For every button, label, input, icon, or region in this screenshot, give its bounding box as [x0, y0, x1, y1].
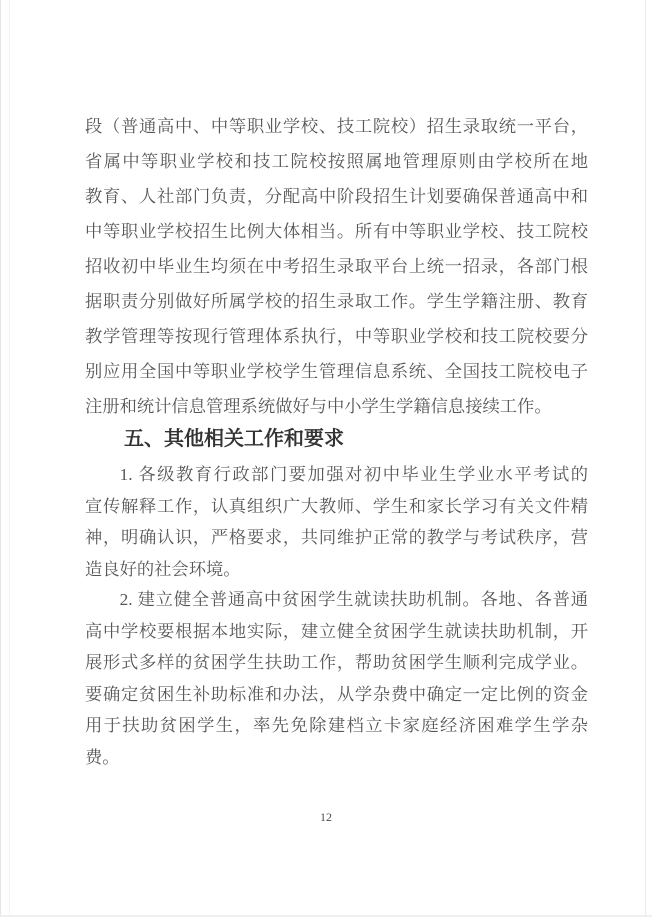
text-line: 用于扶助贫困学生，率先免除建档立卡家庭经济困难学生学杂	[85, 710, 588, 742]
text-line: 教育、人社部门负责，分配高中阶段招生计划要确保普通高中和	[85, 179, 588, 214]
text-line: 要确定贫困生补助标准和办法，从学杂费中确定一定比例的资金	[85, 679, 588, 711]
page-number: 12	[0, 810, 652, 825]
text-line: 高中学校要根据本地实际，建立健全贫困学生就读扶助机制，开	[85, 616, 588, 648]
page-edge-line-right	[645, 0, 646, 917]
text-line: 段（普通高中、中等职业学校、技工院校）招生录取统一平台，	[85, 109, 588, 144]
list-item-1: 1. 各级教育行政部门要加强对初中毕业生学业水平考试的 宣传解释工作，认真组织广…	[85, 459, 588, 585]
text-line: 别应用全国中等职业学校学生管理信息系统、全国技工院校电子	[85, 354, 588, 389]
list-item-2: 2. 建立健全普通高中贫困学生就读扶助机制。各地、各普通 高中学校要根据本地实际…	[85, 584, 588, 773]
document-page: 段（普通高中、中等职业学校、技工院校）招生录取统一平台， 省属中等职业学校和技工…	[0, 0, 652, 917]
text-line: 招收初中毕业生均须在中考招生录取平台上统一招录，各部门根	[85, 249, 588, 284]
text-line: 神，明确认识，严格要求，共同维护正常的教学与考试秩序，营	[85, 522, 588, 554]
text-line: 省属中等职业学校和技工院校按照属地管理原则由学校所在地	[85, 144, 588, 179]
text-line: 教学管理等按现行管理体系执行，中等职业学校和技工院校要分	[85, 319, 588, 354]
text-line: 展形式多样的贫困学生扶助工作，帮助贫困学生顺利完成学业。	[85, 647, 588, 679]
page-edge-line-left-inner	[9, 0, 10, 917]
text-line: 中等职业学校招生比例大体相当。所有中等职业学校、技工院校	[85, 214, 588, 249]
paragraph-continuation: 段（普通高中、中等职业学校、技工院校）招生录取统一平台， 省属中等职业学校和技工…	[85, 109, 588, 424]
text-line: 注册和统计信息管理系统做好与中小学生学籍信息接续工作。	[85, 389, 588, 424]
text-line: 宣传解释工作，认真组织广大教师、学生和家长学习有关文件精	[85, 491, 588, 523]
page-edge-line-left	[0, 0, 1, 917]
text-line: 据职责分别做好所属学校的招生录取工作。学生学籍注册、教育	[85, 284, 588, 319]
section-heading: 五、其他相关工作和要求	[85, 423, 588, 455]
text-line: 2. 建立健全普通高中贫困学生就读扶助机制。各地、各普通	[85, 584, 588, 616]
text-line: 造良好的社会环境。	[85, 554, 588, 586]
text-line: 1. 各级教育行政部门要加强对初中毕业生学业水平考试的	[85, 459, 588, 491]
text-line: 费。	[85, 742, 588, 774]
